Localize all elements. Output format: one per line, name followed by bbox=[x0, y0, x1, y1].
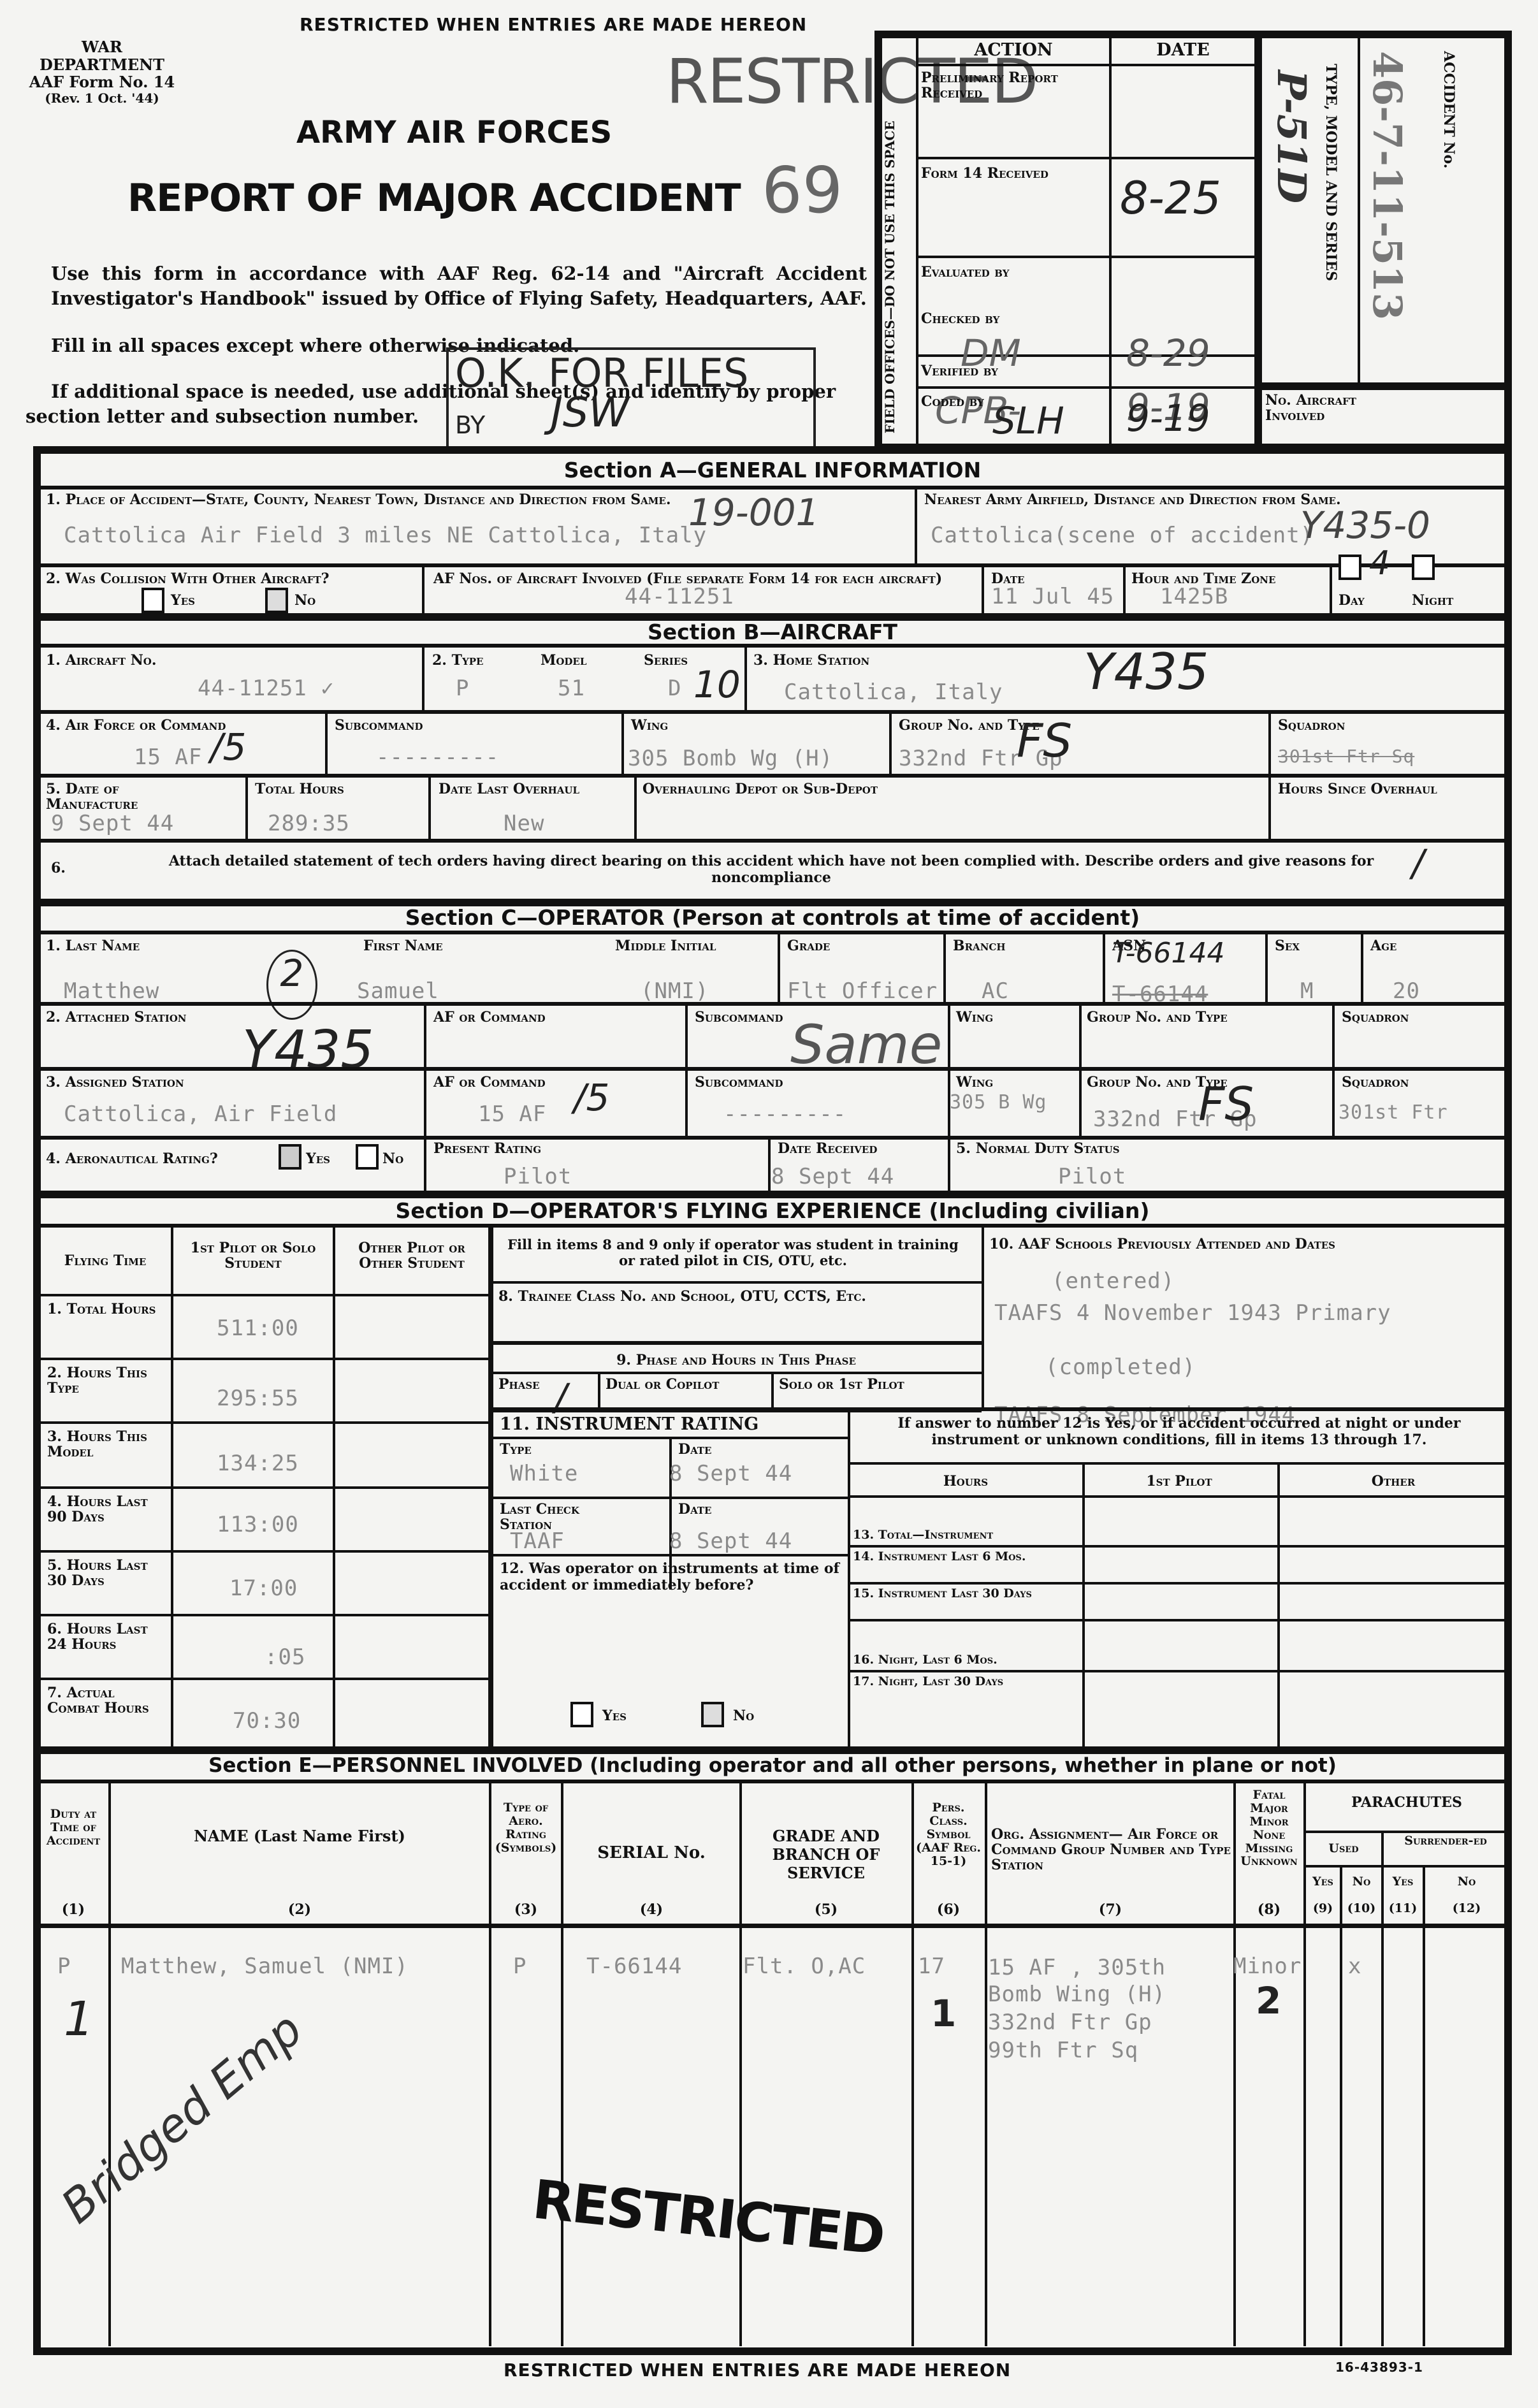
section-b-title: Section B—AIRCRAFT bbox=[33, 620, 1512, 644]
last-overhaul: New bbox=[504, 811, 544, 836]
person-rating: P bbox=[513, 1954, 526, 1979]
squadron-value: 301st Ftr Sq bbox=[1278, 746, 1414, 767]
instrument-date: 8 Sept 44 bbox=[669, 1461, 792, 1486]
operator-middle: (NMI) bbox=[641, 978, 709, 1004]
person-serial: T-66144 bbox=[586, 1954, 682, 1979]
accident-hour: 1425B bbox=[1160, 584, 1228, 609]
office-row: Preliminary Report Received bbox=[916, 64, 1254, 159]
col-action: ACTION bbox=[918, 41, 1109, 60]
tech-orders-note: Attach detailed statement of tech orders… bbox=[134, 853, 1409, 886]
duty-value: P bbox=[57, 1954, 71, 1979]
handwritten-report-number: 69 bbox=[762, 153, 843, 228]
operator-first-name: Samuel bbox=[357, 978, 439, 1004]
ok-for-files-stamp: O.K. FOR FILES BY JSW bbox=[446, 347, 816, 449]
air-force-label: 4. Air Force or Command bbox=[46, 718, 226, 733]
org-line: Bomb Wing (H) bbox=[988, 1982, 1166, 2007]
place-value: Cattolica Air Field 3 miles NE Cattolica… bbox=[64, 523, 707, 548]
inst-row: 14. Instrument Last 6 Mos. bbox=[848, 1548, 1508, 1585]
last-check-date: 8 Sept 44 bbox=[669, 1528, 792, 1554]
flying-row-combat: 7. Actual Combat Hours 70:30 bbox=[38, 1680, 491, 1746]
section-a-title: Section A—GENERAL INFORMATION bbox=[33, 458, 1512, 482]
operator-last-name: Matthew bbox=[64, 978, 159, 1004]
aircraft-no-value: 44-11251 ✓ bbox=[198, 676, 335, 701]
operator-sex: M bbox=[1300, 978, 1314, 1004]
section-c-title: Section C—OPERATOR (Person at controls a… bbox=[33, 905, 1512, 930]
aircraft-no-label: 1. Aircraft No. bbox=[46, 653, 157, 668]
collision-no-checkbox[interactable] bbox=[265, 588, 288, 613]
office-row-checked: Checked by DM 8-29 bbox=[916, 306, 1254, 389]
type-model-series-value: P-51D bbox=[1268, 70, 1315, 203]
form-code: 16-43893-1 bbox=[1335, 2360, 1423, 2375]
q12-label: 12. Was operator on instruments at time … bbox=[500, 1560, 844, 1593]
school-line: TAAFS 4 November 1943 Primary bbox=[994, 1300, 1391, 1326]
operator-age: 20 bbox=[1393, 978, 1420, 1004]
nearest-airfield-value: Cattolica(scene of accident) bbox=[931, 523, 1314, 548]
department: WAR DEPARTMENT bbox=[25, 38, 178, 73]
parachutes-label: PARACHUTES bbox=[1305, 1795, 1508, 1810]
operator-grade: Flt Officer bbox=[787, 978, 938, 1004]
total-hours: 289:35 bbox=[268, 811, 350, 836]
org-title: ARMY AIR FORCES bbox=[296, 115, 612, 150]
place-label: 1. Place of Accident—State, County, Near… bbox=[46, 492, 671, 507]
flying-row-model: 3. Hours This Model 134:25 bbox=[38, 1424, 491, 1489]
inst-row: 17. Night, Last 30 Days bbox=[848, 1672, 1508, 1711]
form-number: AAF Form No. 14 bbox=[25, 73, 178, 91]
restricted-banner-bottom: RESTRICTED WHEN ENTRIES ARE MADE HEREON bbox=[504, 2360, 1011, 2381]
type-model-series-label: TYPE, MODEL AND SERIES bbox=[1323, 64, 1339, 363]
accident-no-label: ACCIDENT No. bbox=[1440, 51, 1457, 280]
night-instrument-note: If answer to number 12 is Yes, or if acc… bbox=[857, 1415, 1501, 1448]
flying-row-30days: 5. Hours Last 30 Days 17:00 bbox=[38, 1553, 491, 1616]
collision-yes-checkbox[interactable] bbox=[141, 588, 164, 613]
flying-row-24hours: 6. Hours Last 24 Hours :05 bbox=[38, 1616, 491, 1680]
personnel-header: Duty at Time of Accident (1) NAME (Last … bbox=[38, 1782, 1508, 1924]
parachute-used-no: x bbox=[1348, 1954, 1361, 1979]
place-hand-code: 19-001 bbox=[688, 491, 819, 534]
office-row: Form 14 Received 8-25 bbox=[916, 159, 1254, 258]
restricted-banner-top: RESTRICTED WHEN ENTRIES ARE MADE HEREON bbox=[300, 14, 807, 35]
accident-report-page: RESTRICTED WHEN ENTRIES ARE MADE HEREON … bbox=[0, 0, 1538, 2408]
aircraft-series: D bbox=[668, 676, 681, 701]
nearest-airfield-label: Nearest Army Airfield, Distance and Dire… bbox=[924, 492, 1341, 507]
inst-row: 16. Night, Last 6 Mos. bbox=[848, 1621, 1508, 1672]
subcommand-value: --------- bbox=[376, 744, 499, 770]
office-row-coded: Coded by SLH 9-19 bbox=[916, 390, 1254, 447]
q12-yes-checkbox[interactable] bbox=[570, 1702, 593, 1727]
assigned-squadron: 301st Ftr bbox=[1338, 1101, 1448, 1124]
section-d-title: Section D—OPERATOR'S FLYING EXPERIENCE (… bbox=[33, 1198, 1512, 1223]
home-station-value: Cattolica, Italy bbox=[784, 679, 1003, 705]
no-aircraft-label: No. Aircraft Involved bbox=[1265, 393, 1418, 423]
night-checkbox[interactable] bbox=[1412, 555, 1435, 580]
accident-date: 11 Jul 45 bbox=[991, 584, 1114, 609]
inst-row: 15. Instrument Last 30 Days bbox=[848, 1585, 1508, 1621]
schools-label: 10. AAF Schools Previously Attended and … bbox=[989, 1237, 1335, 1252]
ok-initials: JSW bbox=[551, 389, 629, 437]
nearest-airfield-hand: Y435-0 bbox=[1300, 504, 1430, 547]
inst-row: 13. Total—Instrument bbox=[848, 1498, 1508, 1548]
last-check-station: TAAF bbox=[510, 1528, 565, 1554]
aircraft-type: P bbox=[456, 676, 469, 701]
flying-time-table: Flying Time 1st Pilot or Solo Student Ot… bbox=[38, 1228, 491, 1746]
aero-rating-no-checkbox[interactable] bbox=[356, 1144, 379, 1170]
day-hand-mark: 4 bbox=[1369, 544, 1390, 583]
operator-branch: AC bbox=[982, 978, 1009, 1004]
form-revision: (Rev. 1 Oct. '44) bbox=[25, 91, 178, 106]
instrument-type: White bbox=[510, 1461, 578, 1486]
accident-no-value: 46-7-11-513 bbox=[1364, 51, 1411, 320]
col-date: DATE bbox=[1112, 41, 1254, 60]
home-station-label: 3. Home Station bbox=[753, 653, 869, 668]
school-line: (entered) bbox=[1052, 1268, 1175, 1294]
manufacture-date: 9 Sept 44 bbox=[51, 811, 174, 836]
org-line: 99th Ftr Sq bbox=[988, 2038, 1138, 2063]
assigned-wing: 305 B Wg bbox=[950, 1091, 1047, 1113]
form-id-block: WAR DEPARTMENT AAF Form No. 14 (Rev. 1 O… bbox=[25, 38, 178, 106]
person-class: 17 bbox=[918, 1954, 945, 1979]
section-e-title: Section E—PERSONNEL INVOLVED (Including … bbox=[33, 1754, 1512, 1777]
assigned-station: Cattolica, Air Field bbox=[64, 1101, 337, 1127]
flying-row-total: 1. Total Hours 511:00 bbox=[38, 1296, 491, 1360]
report-title: REPORT OF MAJOR ACCIDENT bbox=[127, 176, 741, 221]
duty-status: Pilot bbox=[1058, 1164, 1126, 1189]
person-grade: Flt. O,AC bbox=[743, 1954, 866, 1979]
q12-no-checkbox[interactable] bbox=[701, 1702, 724, 1727]
wing-value: 305 Bomb Wg (H) bbox=[628, 746, 833, 771]
day-checkbox[interactable] bbox=[1338, 555, 1361, 580]
field-offices-note: FIELD OFFICES—DO NOT USE THIS SPACE bbox=[882, 76, 897, 433]
flying-row-90days: 4. Hours Last 90 Days 113:00 bbox=[38, 1489, 491, 1553]
injury-value: Minor bbox=[1233, 1954, 1302, 1979]
instruction-usage: Use this form in accordance with AAF Reg… bbox=[51, 261, 867, 311]
school-line: (completed) bbox=[1045, 1354, 1196, 1380]
date-received: 8 Sept 44 bbox=[771, 1164, 894, 1189]
org-line: 332nd Ftr Gp bbox=[988, 2010, 1152, 2035]
aero-rating-yes-checkbox[interactable] bbox=[279, 1144, 301, 1170]
collision-label: 2. Was Collision With Other Aircraft? bbox=[46, 571, 330, 586]
org-line: 15 AF , 305th bbox=[988, 1954, 1166, 1982]
air-force-value: 15 AF bbox=[134, 744, 202, 770]
aircraft-model: 51 bbox=[558, 676, 585, 701]
personnel-row: P 1 Matthew, Samuel (NMI) P T-66144 Flt.… bbox=[38, 1928, 1508, 2342]
present-rating: Pilot bbox=[504, 1164, 572, 1189]
af-nos-value: 44-11251 bbox=[625, 584, 734, 609]
person-name: Matthew, Samuel (NMI) bbox=[121, 1954, 409, 1979]
flying-row-type: 2. Hours This Type 295:55 bbox=[38, 1360, 491, 1424]
instrument-rating-header: 11. INSTRUMENT RATING bbox=[500, 1415, 758, 1434]
assigned-af: 15 AF bbox=[478, 1101, 546, 1127]
